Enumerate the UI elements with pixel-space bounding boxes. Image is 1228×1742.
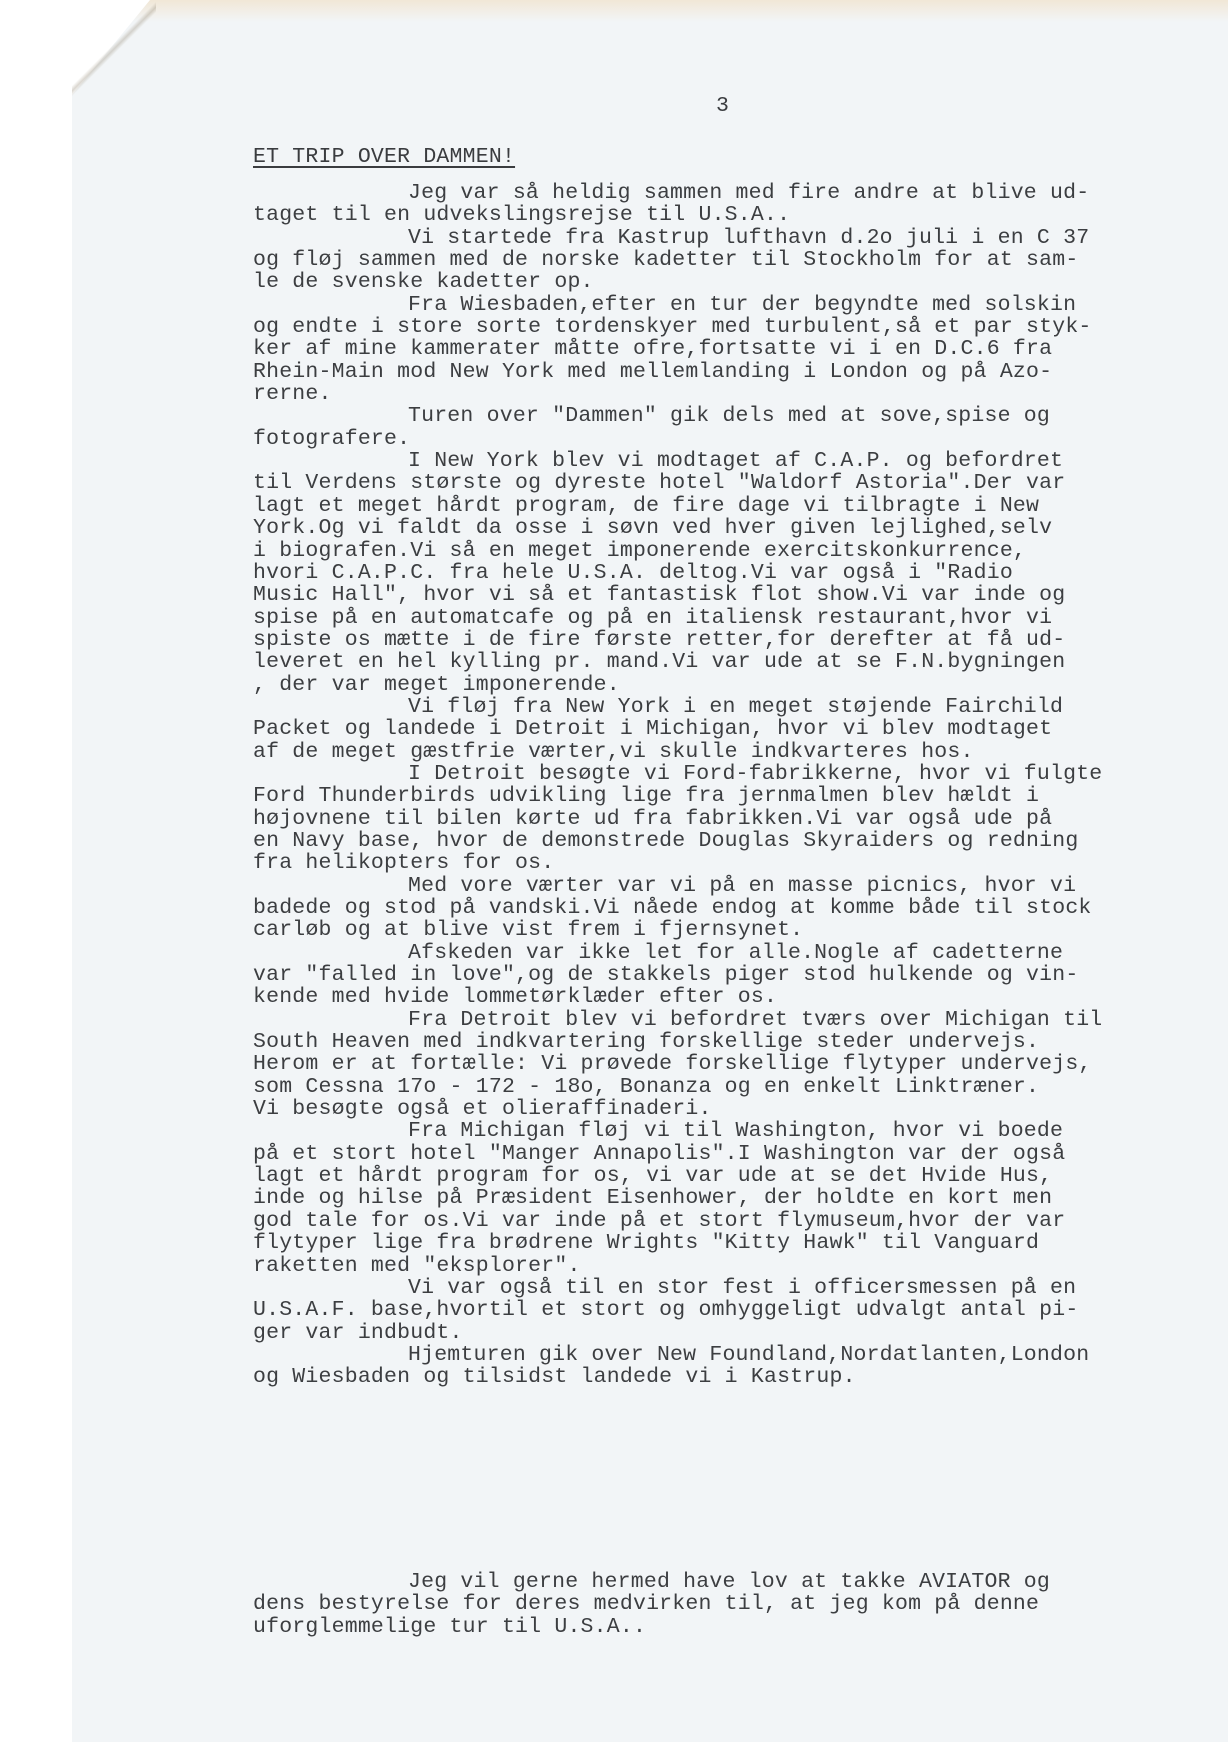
article-title: ET TRIP OVER DAMMEN! bbox=[253, 145, 515, 169]
text-line: dens bestyrelse for deres medvirken til,… bbox=[253, 1593, 1153, 1615]
text-line: højovnene til bilen kørte ud fra fabrikk… bbox=[253, 808, 1153, 830]
text-line: , der var meget imponerende. bbox=[253, 674, 1153, 696]
text-line: Fra Michigan fløj vi til Washington, hvo… bbox=[253, 1120, 1153, 1142]
text-line: ger var indbudt. bbox=[253, 1322, 1153, 1344]
text-line: South Heaven med indkvartering forskelli… bbox=[253, 1031, 1153, 1053]
text-line: spiste os mætte i de fire første retter,… bbox=[253, 629, 1153, 651]
text-line: ker af mine kammerater måtte ofre,fortsa… bbox=[253, 338, 1153, 360]
article-body: Jeg var så heldig sammen med fire andre … bbox=[253, 182, 1153, 1389]
text-line: af de meget gæstfrie værter,vi skulle in… bbox=[253, 741, 1153, 763]
paper-aging-tint bbox=[72, 0, 1228, 22]
text-line: flytyper lige fra brødrene Wrights "Kitt… bbox=[253, 1232, 1153, 1254]
cut-corner-edge bbox=[72, 0, 156, 98]
text-line: Vi var også til en stor fest i officersm… bbox=[253, 1277, 1153, 1299]
text-line: leveret en hel kylling pr. mand.Vi var u… bbox=[253, 651, 1153, 673]
text-line: fra helikopters for os. bbox=[253, 852, 1153, 874]
text-line: som Cessna 17o - 172 - 18o, Bonanza og e… bbox=[253, 1076, 1153, 1098]
text-line: kende med hvide lommetørklæder efter os. bbox=[253, 986, 1153, 1008]
text-line: Med vore værter var vi på en masse picni… bbox=[253, 875, 1153, 897]
text-line: Jeg vil gerne hermed have lov at takke A… bbox=[253, 1571, 1153, 1593]
text-line: I Detroit besøgte vi Ford-fabrikkerne, h… bbox=[253, 763, 1153, 785]
text-line: badede og stod på vandski.Vi nåede endog… bbox=[253, 897, 1153, 919]
text-line: carløb og at blive vist frem i fjernsyne… bbox=[253, 919, 1153, 941]
text-line: og endte i store sorte tordenskyer med t… bbox=[253, 316, 1153, 338]
closing-paragraph: Jeg vil gerne hermed have lov at takke A… bbox=[253, 1571, 1153, 1638]
text-line: York.Og vi faldt da osse i søvn ved hver… bbox=[253, 517, 1153, 539]
text-line: inde og hilse på Præsident Eisenhower, d… bbox=[253, 1187, 1153, 1209]
text-line: Ford Thunderbirds udvikling lige fra jer… bbox=[253, 785, 1153, 807]
text-line: U.S.A.F. base,hvortil et stort og omhygg… bbox=[253, 1299, 1153, 1321]
text-line: Jeg var så heldig sammen med fire andre … bbox=[253, 182, 1153, 204]
text-line: I New York blev vi modtaget af C.A.P. og… bbox=[253, 450, 1153, 472]
text-line: rerne. bbox=[253, 383, 1153, 405]
text-line: hvori C.A.P.C. fra hele U.S.A. deltog.Vi… bbox=[253, 562, 1153, 584]
text-line: Vi startede fra Kastrup lufthavn d.2o ju… bbox=[253, 227, 1153, 249]
text-line: uforglemmelige tur til U.S.A.. bbox=[253, 1616, 1153, 1638]
text-line: i biografen.Vi så en meget imponerende e… bbox=[253, 540, 1153, 562]
text-line: på et stort hotel "Manger Annapolis".I W… bbox=[253, 1143, 1153, 1165]
text-line: le de svenske kadetter op. bbox=[253, 271, 1153, 293]
text-line: god tale for os.Vi var inde på et stort … bbox=[253, 1210, 1153, 1232]
text-line: var "falled in love",og de stakkels pige… bbox=[253, 964, 1153, 986]
text-line: lagt et meget hårdt program, de fire dag… bbox=[253, 495, 1153, 517]
text-line: Herom er at fortælle: Vi prøvede forskel… bbox=[253, 1053, 1153, 1075]
text-line: en Navy base, hvor de demonstrede Dougla… bbox=[253, 830, 1153, 852]
text-line: Hjemturen gik over New Foundland,Nordatl… bbox=[253, 1344, 1153, 1366]
text-line: lagt et hårdt program for os, vi var ude… bbox=[253, 1165, 1153, 1187]
text-line: Rhein-Main mod New York med mellemlandin… bbox=[253, 361, 1153, 383]
text-line: fotografere. bbox=[253, 428, 1153, 450]
text-line: Vi fløj fra New York i en meget støjende… bbox=[253, 696, 1153, 718]
text-line: Packet og landede i Detroit i Michigan, … bbox=[253, 718, 1153, 740]
text-line: taget til en udvekslingsrejse til U.S.A.… bbox=[253, 204, 1153, 226]
text-line: spise på en automatcafe og på en italien… bbox=[253, 607, 1153, 629]
text-line: til Verdens største og dyreste hotel "Wa… bbox=[253, 472, 1153, 494]
text-line: Fra Wiesbaden,efter en tur der begyndte … bbox=[253, 294, 1153, 316]
text-line: Music Hall", hvor vi så et fantastisk fl… bbox=[253, 584, 1153, 606]
text-line: og Wiesbaden og tilsidst landede vi i Ka… bbox=[253, 1366, 1153, 1388]
text-line: Vi besøgte også et olieraffinaderi. bbox=[253, 1098, 1153, 1120]
text-line: Fra Detroit blev vi befordret tværs over… bbox=[253, 1009, 1153, 1031]
text-line: Afskeden var ikke let for alle.Nogle af … bbox=[253, 942, 1153, 964]
text-line: Turen over "Dammen" gik dels med at sove… bbox=[253, 405, 1153, 427]
text-line: raketten med "eksplorer". bbox=[253, 1255, 1153, 1277]
text-line: og fløj sammen med de norske kadetter ti… bbox=[253, 249, 1153, 271]
page-number: 3 bbox=[716, 94, 729, 118]
